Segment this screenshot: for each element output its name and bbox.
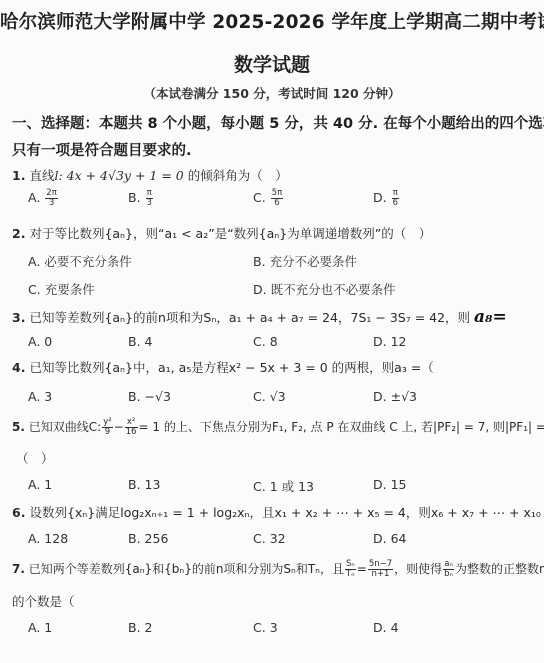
option-label: D. (373, 334, 387, 349)
option-label: D. (373, 620, 387, 635)
option-text: √3 (270, 389, 286, 404)
option-a[interactable]: A. 2π3 (28, 189, 59, 208)
option-label: C. (253, 389, 266, 404)
fraction: x²16 (125, 418, 138, 437)
question-text: 已知双曲线C: (29, 420, 101, 434)
option-c[interactable]: C. 8 (253, 334, 278, 349)
option-d[interactable]: D. 12 (373, 334, 407, 349)
denominator: bₙ (443, 570, 454, 579)
question-text: = 1 的上、下焦点分别为F₁, F₂, 点 P 在双曲线 C 上, 若|PF₂… (139, 420, 544, 434)
option-label: A. (28, 334, 40, 349)
option-text: 12 (391, 334, 407, 349)
option-a[interactable]: A. 0 (28, 334, 52, 349)
denominator: n+1 (368, 570, 393, 579)
option-text: ±√3 (391, 389, 417, 404)
math-expression: l: 4x + 4√3y + 1 = 0 (54, 168, 183, 183)
fraction: 5n−7n+1 (368, 560, 393, 579)
question-number: 2. (12, 226, 25, 241)
option-text: 1 (44, 477, 52, 492)
option-b[interactable]: B. 4 (128, 334, 153, 349)
question-7: 7. 已知两个等差数列{aₙ}和{bₙ}的前n项和分别为Sₙ和Tₙ，且SₙTₙ=… (12, 560, 544, 579)
option-label: D. (253, 282, 267, 297)
option-label: A. (28, 190, 40, 205)
denominator: 6 (392, 199, 399, 208)
handwritten-annotation: a₈= (474, 307, 507, 327)
option-text: 13 (145, 477, 161, 492)
option-text: 2 (145, 620, 153, 635)
option-label: C. (253, 531, 266, 546)
option-label: C. (28, 282, 41, 297)
operator: − (114, 420, 124, 434)
option-d[interactable]: D. 既不充分也不必要条件 (253, 280, 396, 298)
fraction: SₙTₙ (345, 560, 356, 579)
operator: = (357, 562, 367, 576)
exam-title: 哈尔滨师范大学附属中学 2025-2026 学年度上学期高二期中考试 (0, 8, 544, 34)
option-text: 15 (391, 477, 407, 492)
option-text: 64 (391, 531, 407, 546)
option-label: B. (128, 531, 141, 546)
option-b[interactable]: B. −√3 (128, 389, 171, 404)
option-c[interactable]: C. √3 (253, 389, 286, 404)
option-text: 256 (145, 531, 169, 546)
question-6: 6. 设数列{xₙ}满足log₂xₙ₊₁ = 1 + log₂xₙ，且x₁ + … (12, 503, 544, 521)
question-text: 已知等差数列{aₙ}的前n项和为Sₙ，a₁ + a₄ + a₇ = 24，7S₁… (29, 310, 470, 325)
fraction: π3 (146, 189, 153, 208)
denominator: 6 (271, 199, 284, 208)
denominator: 9 (102, 428, 112, 437)
question-1: 1. 直线l: 4x + 4√3y + 1 = 0 的倾斜角为（ ） (12, 166, 288, 184)
option-c[interactable]: C. 32 (253, 531, 286, 546)
option-b[interactable]: B. 256 (128, 531, 168, 546)
question-text: 直线 (29, 168, 54, 183)
question-number: 4. (12, 360, 25, 375)
option-label: A. (28, 254, 40, 269)
question-5: 5. 已知双曲线C:y²9−x²16= 1 的上、下焦点分别为F₁, F₂, 点… (12, 418, 544, 437)
option-d[interactable]: D. 15 (373, 477, 407, 492)
option-label: C. (253, 479, 266, 494)
option-c[interactable]: C. 5π6 (253, 189, 284, 208)
exam-subject: 数学试题 (0, 50, 544, 77)
option-label: A. (28, 389, 40, 404)
question-text: 设数列{xₙ}满足log₂xₙ₊₁ = 1 + log₂xₙ，且x₁ + x₂ … (29, 505, 544, 520)
question-5-answer-bracket: （ ） (16, 449, 54, 467)
option-d[interactable]: D. ±√3 (373, 389, 417, 404)
option-b[interactable]: B. 13 (128, 477, 160, 492)
section-heading-line2: 只有一项是符合题目要求的. (12, 139, 192, 160)
fraction: 5π6 (271, 189, 284, 208)
option-c[interactable]: C. 3 (253, 620, 278, 635)
option-text: 3 (270, 620, 278, 635)
question-number: 6. (12, 505, 25, 520)
denominator: 16 (125, 428, 138, 437)
option-label: D. (373, 190, 387, 205)
option-text: 必要不充分条件 (44, 254, 132, 269)
option-label: D. (373, 531, 387, 546)
option-label: C. (253, 334, 266, 349)
option-label: C. (253, 620, 266, 635)
question-number: 5. (12, 420, 25, 434)
question-4: 4. 已知等比数列{aₙ}中，a₁, a₅是方程x² − 5x + 3 = 0 … (12, 358, 434, 376)
option-label: B. (253, 254, 266, 269)
option-label: A. (28, 477, 40, 492)
option-text: 既不充分也不必要条件 (271, 282, 396, 297)
option-text: 3 (44, 389, 52, 404)
option-a[interactable]: A. 128 (28, 531, 68, 546)
question-2: 2. 对于等比数列{aₙ}，则“a₁ < a₂”是“数列{aₙ}为单调递增数列”… (12, 224, 431, 242)
question-number: 3. (12, 310, 25, 325)
question-text: 已知两个等差数列{aₙ}和{bₙ}的前n项和分别为Sₙ和Tₙ，且 (29, 562, 344, 576)
option-b[interactable]: B. 充分不必要条件 (253, 252, 357, 270)
option-a[interactable]: A. 1 (28, 477, 52, 492)
option-text: 1 或 13 (270, 479, 314, 494)
option-text: 0 (44, 334, 52, 349)
option-text: 1 (44, 620, 52, 635)
question-text: 对于等比数列{aₙ}，则“a₁ < a₂”是“数列{aₙ}为单调递增数列”的（ … (29, 226, 431, 241)
option-d[interactable]: D. 64 (373, 531, 407, 546)
question-text: ，则使得 (394, 562, 442, 576)
option-label: D. (373, 389, 387, 404)
option-b[interactable]: B. 2 (128, 620, 153, 635)
option-text: 128 (44, 531, 68, 546)
option-text: 充分不必要条件 (270, 254, 358, 269)
option-text: 充要条件 (45, 282, 95, 297)
option-label: D. (373, 477, 387, 492)
question-number: 1. (12, 168, 25, 183)
question-text: 已知等比数列{aₙ}中，a₁, a₅是方程x² − 5x + 3 = 0 的两根… (29, 360, 433, 375)
option-d[interactable]: D. 4 (373, 620, 399, 635)
option-a[interactable]: A. 1 (28, 620, 52, 635)
denominator: 3 (146, 199, 153, 208)
fraction: y²9 (102, 418, 112, 437)
option-d[interactable]: D. π6 (373, 189, 400, 208)
fraction: 2π3 (45, 189, 58, 208)
option-label: B. (128, 334, 141, 349)
option-label: A. (28, 531, 40, 546)
fraction: π6 (392, 189, 399, 208)
option-text: 32 (270, 531, 286, 546)
option-label: C. (253, 190, 266, 205)
option-text: 4 (145, 334, 153, 349)
question-number: 7. (12, 562, 25, 576)
option-label: A. (28, 620, 40, 635)
option-b[interactable]: B. π3 (128, 189, 154, 208)
question-text: 为整数的正整数n (455, 562, 544, 576)
option-text: −√3 (145, 389, 171, 404)
option-label: B. (128, 477, 141, 492)
section-heading-line1: 一、选择题：本题共 8 个小题，每小题 5 分，共 40 分. 在每个小题给出的… (12, 112, 544, 133)
option-text: 4 (391, 620, 399, 635)
denominator: Tₙ (345, 570, 356, 579)
option-c[interactable]: C. 1 或 13 (253, 477, 314, 495)
fraction: aₙbₙ (443, 560, 454, 579)
question-text: 的倾斜角为（ ） (188, 168, 288, 183)
option-c[interactable]: C. 充要条件 (28, 280, 95, 298)
exam-note: （本试卷满分 150 分，考试时间 120 分钟） (0, 84, 544, 102)
option-a[interactable]: A. 必要不充分条件 (28, 252, 132, 270)
option-label: B. (128, 190, 141, 205)
option-label: B. (128, 620, 141, 635)
denominator: 3 (45, 199, 58, 208)
question-3: 3. 已知等差数列{aₙ}的前n项和为Sₙ，a₁ + a₄ + a₇ = 24，… (12, 307, 507, 327)
option-label: B. (128, 389, 141, 404)
option-text: 8 (270, 334, 278, 349)
question-7-line2: 的个数是（ (12, 592, 75, 610)
option-a[interactable]: A. 3 (28, 389, 52, 404)
